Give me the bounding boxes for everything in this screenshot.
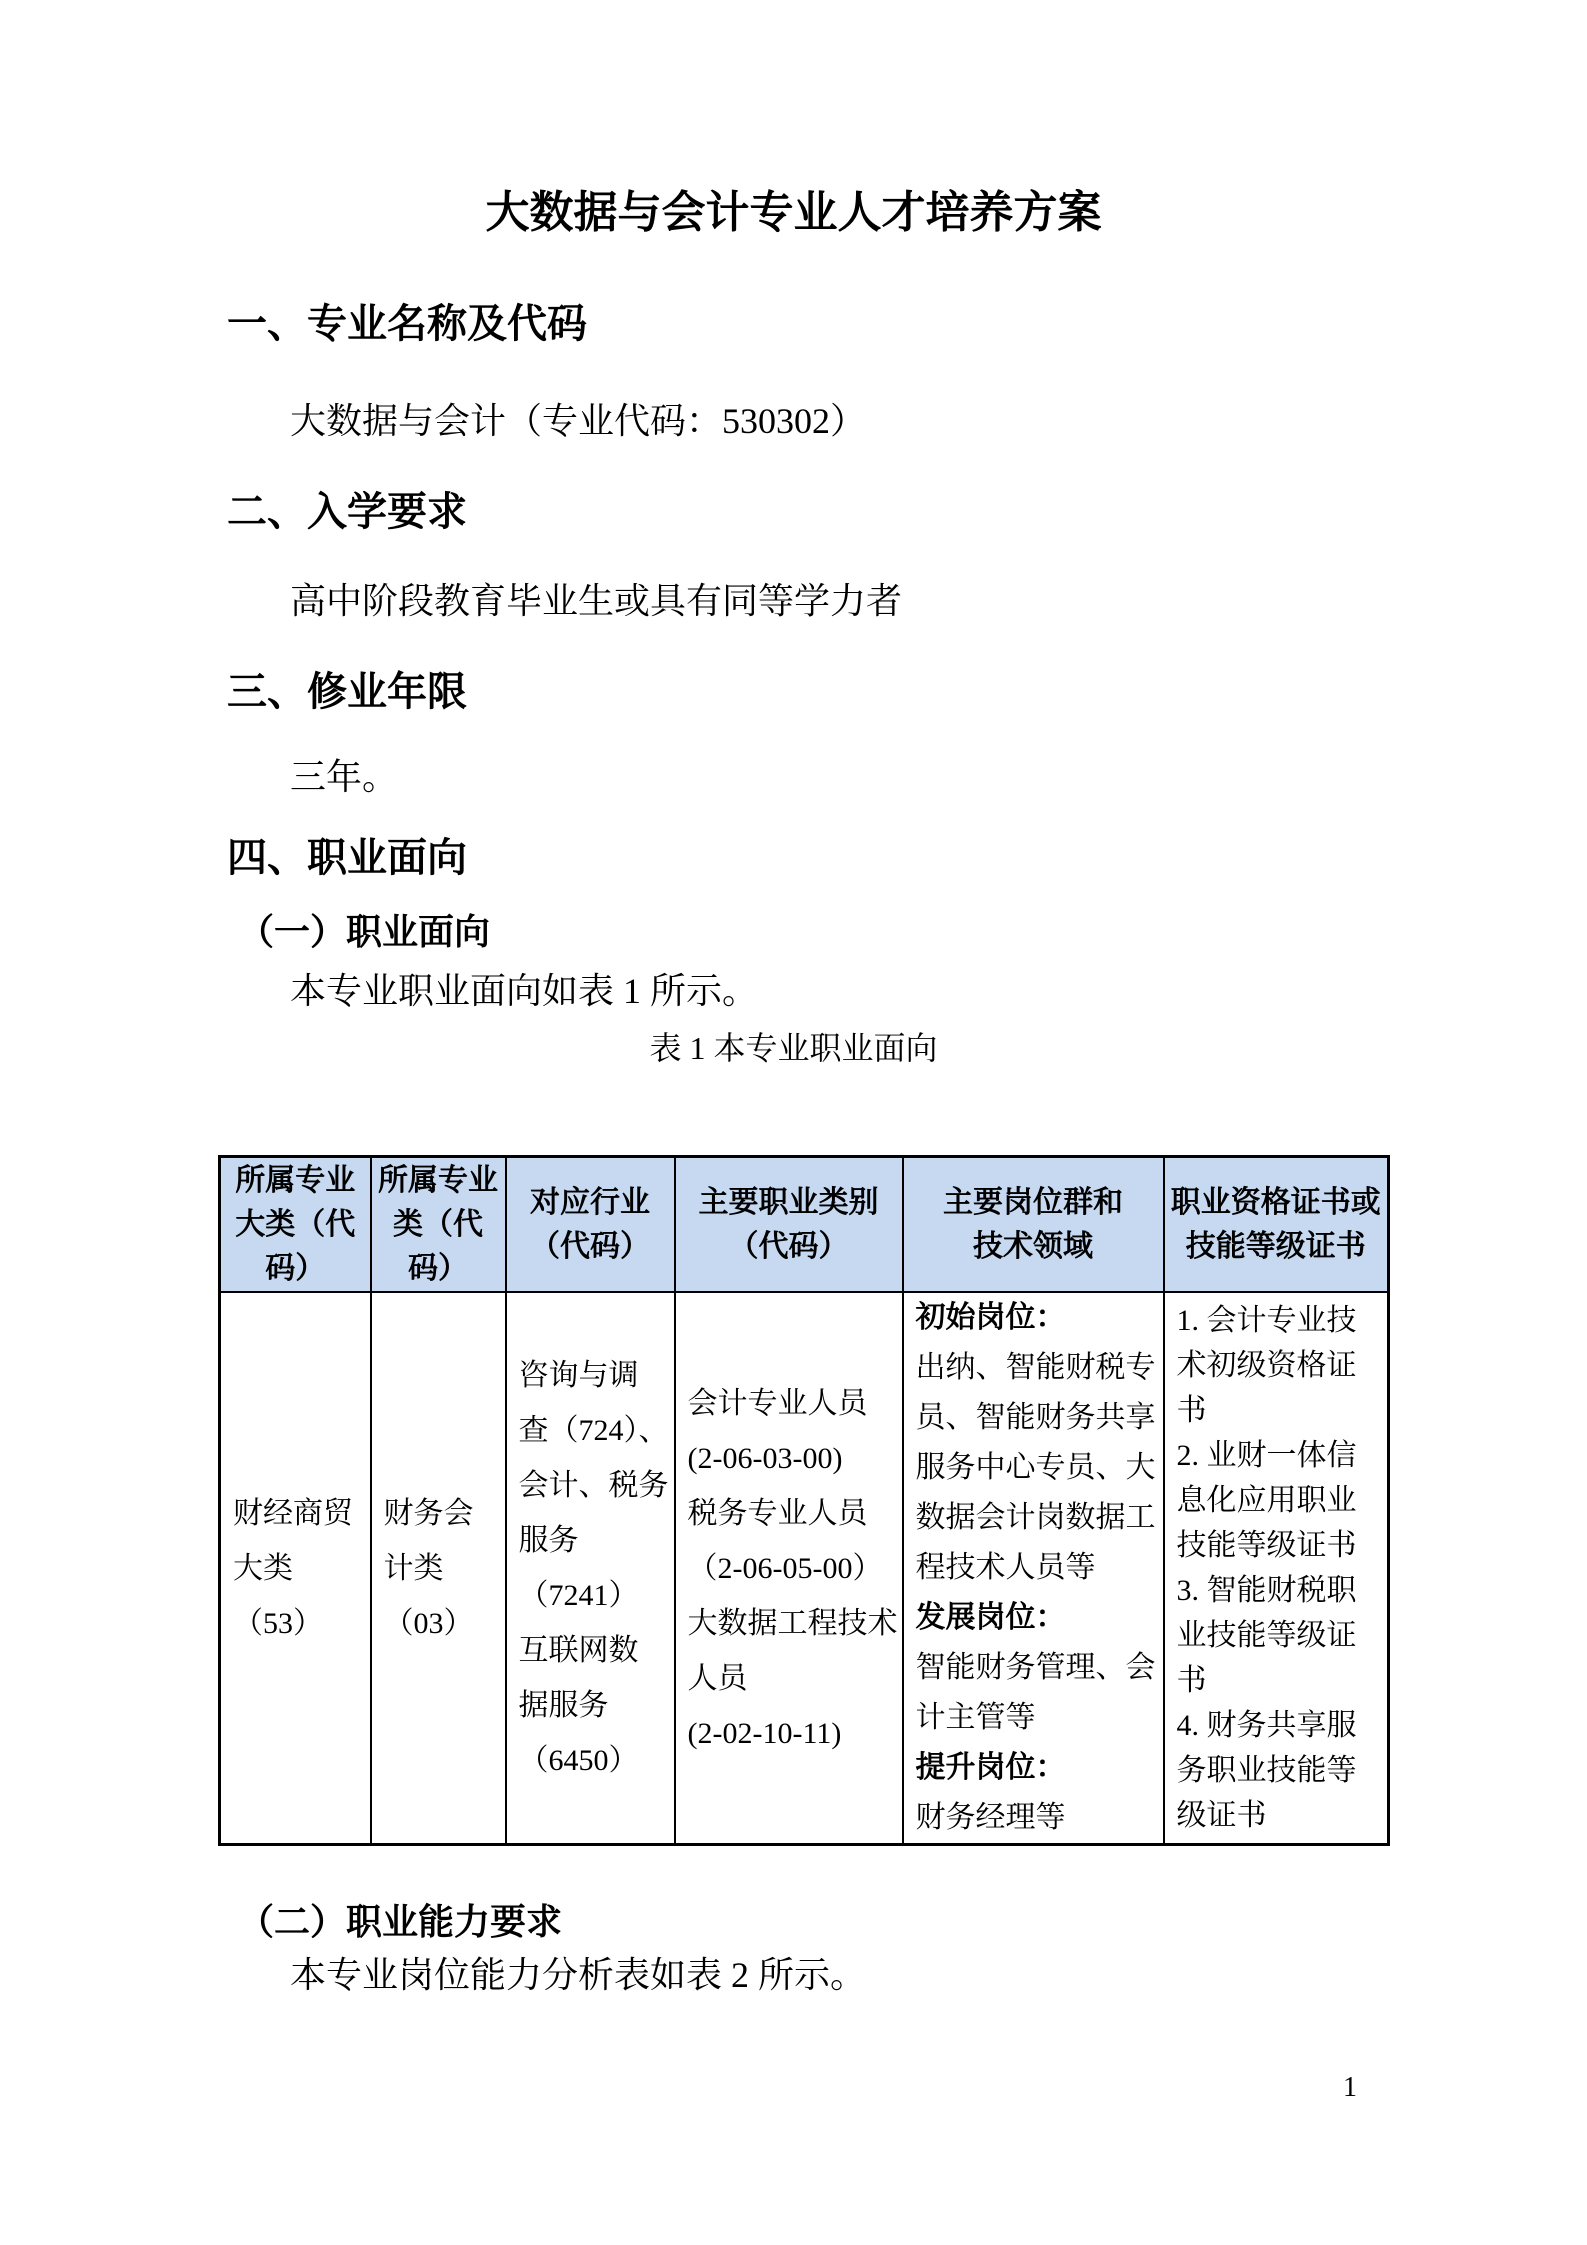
body-cell-major-category: 财经商贸大类（53） <box>220 1292 371 1845</box>
career-orientation-table: 所属专业大类（代码）所属专业类（代码）对应行业（代码）主要职业类别（代码）主要岗… <box>218 1155 1390 1846</box>
table-1-caption: 表 1 本专业职业面向 <box>0 1028 1587 1070</box>
body-cell-certificates: 1. 会计专业技术初级资格证书2. 业财一体信息化应用职业技能等级证书3. 智能… <box>1164 1292 1389 1845</box>
body-cell-industry: 咨询与调查（724）、会计、税务服务（7241）互联网数据服务（6450） <box>506 1292 675 1845</box>
body-cell-position-group: 初始岗位：出纳、智能财税专员、智能财务共享服务中心专员、大数据会计岗数据工程技术… <box>903 1292 1164 1845</box>
heading-section-4-2: （二）职业能力要求 <box>238 1900 562 1943</box>
section-4-1-body: 本专业职业面向如表 1 所示。 <box>290 968 758 1015</box>
header-cell-position-group: 主要岗位群和技术领域 <box>903 1157 1164 1293</box>
document-page: 大数据与会计专业人才培养方案 一、专业名称及代码 大数据与会计（专业代码：530… <box>0 0 1587 2245</box>
section-2-body: 高中阶段教育毕业生或具有同等学力者 <box>290 578 902 625</box>
section-3-body: 三年。 <box>290 754 398 801</box>
heading-section-3: 三、修业年限 <box>227 668 467 716</box>
page-number: 1 <box>1343 2072 1357 2104</box>
body-cell-occupation-category: 会计专业人员(2-06-03-00)税务专业人员（2-06-05-00）大数据工… <box>675 1292 903 1845</box>
career-table-header-row: 所属专业大类（代码）所属专业类（代码）对应行业（代码）主要职业类别（代码）主要岗… <box>220 1157 1389 1293</box>
career-table-body-row: 财经商贸大类（53）财务会计类（03）咨询与调查（724）、会计、税务服务（72… <box>220 1292 1389 1845</box>
heading-section-1: 一、专业名称及代码 <box>227 300 587 348</box>
section-4-2-body: 本专业岗位能力分析表如表 2 所示。 <box>290 1952 866 1999</box>
document-title: 大数据与会计专业人才培养方案 <box>0 188 1587 239</box>
header-cell-certificates: 职业资格证书或技能等级证书 <box>1164 1157 1389 1293</box>
heading-section-4-1: （一）职业面向 <box>238 910 490 953</box>
header-cell-major-class: 所属专业类（代码） <box>371 1157 506 1293</box>
header-cell-occupation-category: 主要职业类别（代码） <box>675 1157 903 1293</box>
heading-section-2: 二、入学要求 <box>227 488 467 536</box>
heading-section-4: 四、职业面向 <box>227 834 467 882</box>
header-cell-major-category: 所属专业大类（代码） <box>220 1157 371 1293</box>
section-1-body: 大数据与会计（专业代码：530302） <box>290 398 866 445</box>
body-cell-major-class: 财务会计类（03） <box>371 1292 506 1845</box>
header-cell-industry: 对应行业（代码） <box>506 1157 675 1293</box>
